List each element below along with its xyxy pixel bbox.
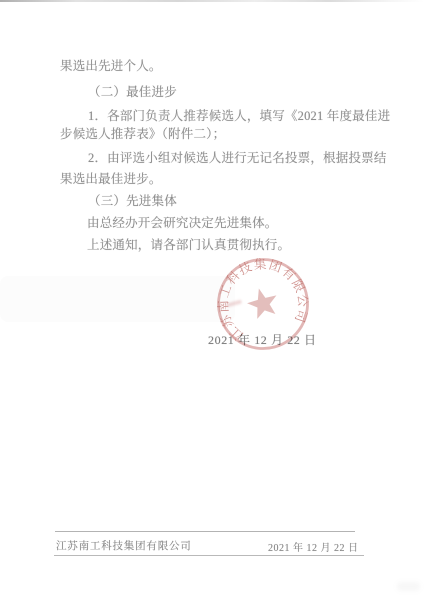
scanned-document-page: 果选出先进个人。（二）最佳进步1．各部门负责人推荐候选人，填写《2021 年度最… (0, 0, 424, 600)
text-line: 果选出先进个人。 (60, 59, 162, 74)
text-line: 1．各部门负责人推荐候选人，填写《2021 年度最佳进 (88, 109, 390, 124)
text-line: 2．由评选小组对候选人进行无记名投票，根据投票结 (88, 151, 387, 166)
text-line: 步候选人推荐表》（附件二）； (60, 127, 225, 142)
text-line: 由总经办开会研究决定先进集体。 (87, 216, 278, 231)
footer-date: 2021 年 12 月 22 日 (268, 539, 359, 554)
star-icon (244, 285, 281, 321)
footer-company-name: 江苏南工科技集团有限公司 (56, 538, 192, 553)
text-line: 果选出最佳进步。 (60, 172, 162, 187)
footer-divider-top (55, 531, 355, 532)
company-seal: 江苏南工科技集团有限公司 (203, 244, 323, 364)
scan-edge-artifact (0, 0, 424, 2)
text-line: （三）先进集体 (88, 194, 177, 209)
footer-divider-bottom (54, 555, 364, 556)
text-line: （二）最佳进步 (88, 85, 177, 100)
scan-smudge-artifact (397, 582, 420, 591)
scan-band-artifact (0, 276, 235, 322)
